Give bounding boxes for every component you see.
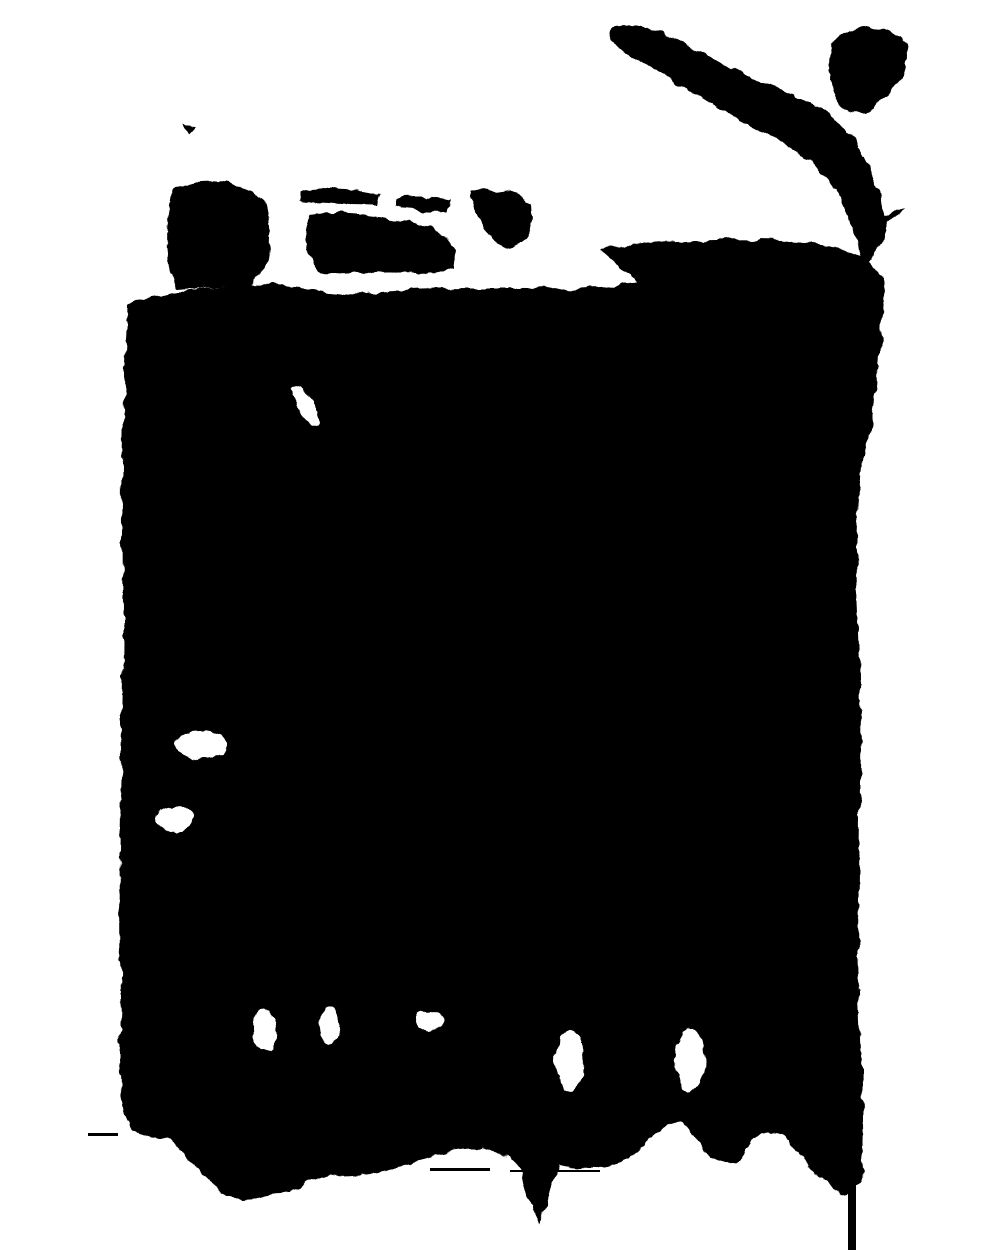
ink-texture-canvas (0, 0, 1000, 1250)
main-ink-block (119, 276, 880, 1222)
